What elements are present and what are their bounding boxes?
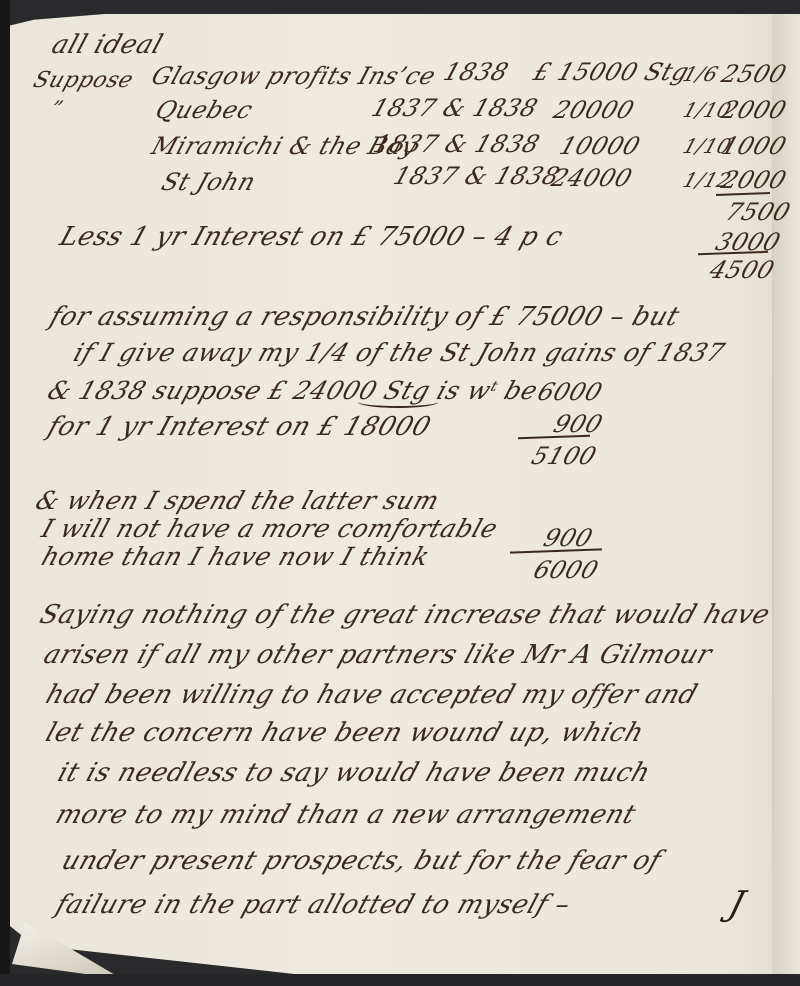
ledger-period: 1837 & 1838 [370, 130, 543, 158]
paragraph-3-line: let the concern have been wound up, whic… [42, 718, 648, 748]
ledger-label: Suppose [30, 68, 137, 93]
ledger-share: 2000 [718, 96, 790, 124]
ledger-net: 4500 [706, 256, 778, 284]
ledger-place: Quebec [152, 96, 256, 124]
paragraph-1-line: if I give away my 1/4 of the St John gai… [70, 338, 729, 367]
ledger-period: 1837 & 1838 [368, 94, 541, 122]
paragraph-3-line: more to my mind than a new arrangement [52, 800, 640, 830]
share-value: 6000 [534, 378, 606, 406]
ledger-amount: 10000 [556, 132, 644, 160]
scan-left-edge [0, 0, 10, 986]
ledger-place: St John [158, 168, 259, 196]
ledger-share: 2000 [718, 166, 790, 194]
ledger-period: 1837 & 1838 [390, 162, 563, 190]
paragraph-1-result: 5100 [528, 442, 600, 470]
paragraph-1-line: for assuming a responsibility of £ 75000… [46, 302, 683, 332]
ledger-amount: 24000 [548, 164, 636, 192]
paragraph-2-line: home than I have now I think [38, 542, 434, 571]
paragraph-3-line: it is needless to say would have been mu… [54, 758, 654, 788]
paragraph-3-line: under present prospects, but for the fea… [58, 846, 665, 876]
paragraph-3-line: Saying nothing of the great increase tha… [36, 600, 774, 630]
ledger-less-line: Less 1 yr Interest on £ 75000 – 4 p c [56, 222, 567, 252]
ledger-amount: 20000 [550, 96, 638, 124]
paragraph-3-line: arisen if all my other partners like Mr … [40, 640, 716, 670]
paragraph-1-line: & 1838 suppose £ 24000 Stg is wᵗ be [44, 376, 542, 405]
ledger-subtotal: 7500 [722, 198, 794, 226]
ledger-share: 1000 [718, 132, 790, 160]
ledger-amount: £ 15000 Stg [530, 58, 693, 86]
paragraph-1-line: for 1 yr Interest on £ 18000 [44, 412, 435, 442]
ledger-share: 2500 [718, 60, 790, 88]
ledger-place: Glasgow profits Ins’ce [148, 62, 440, 90]
paragraph-2-total: 6000 [530, 556, 602, 584]
header-note: all ideal [48, 30, 167, 60]
paragraph-3-line: failure in the part allotted to myself – [52, 890, 574, 920]
paragraph-2-line: I will not have a more comfortable [38, 514, 502, 543]
added-value: 900 [540, 524, 596, 552]
amount-underline [358, 396, 438, 408]
ledger-period: 1838 [440, 58, 512, 86]
scan-bottom-edge [0, 974, 800, 986]
paragraph-3-line: had been willing to have accepted my off… [42, 680, 701, 710]
paragraph-2-line: & when I spend the latter sum [32, 486, 443, 515]
interest-value: 900 [550, 410, 606, 438]
